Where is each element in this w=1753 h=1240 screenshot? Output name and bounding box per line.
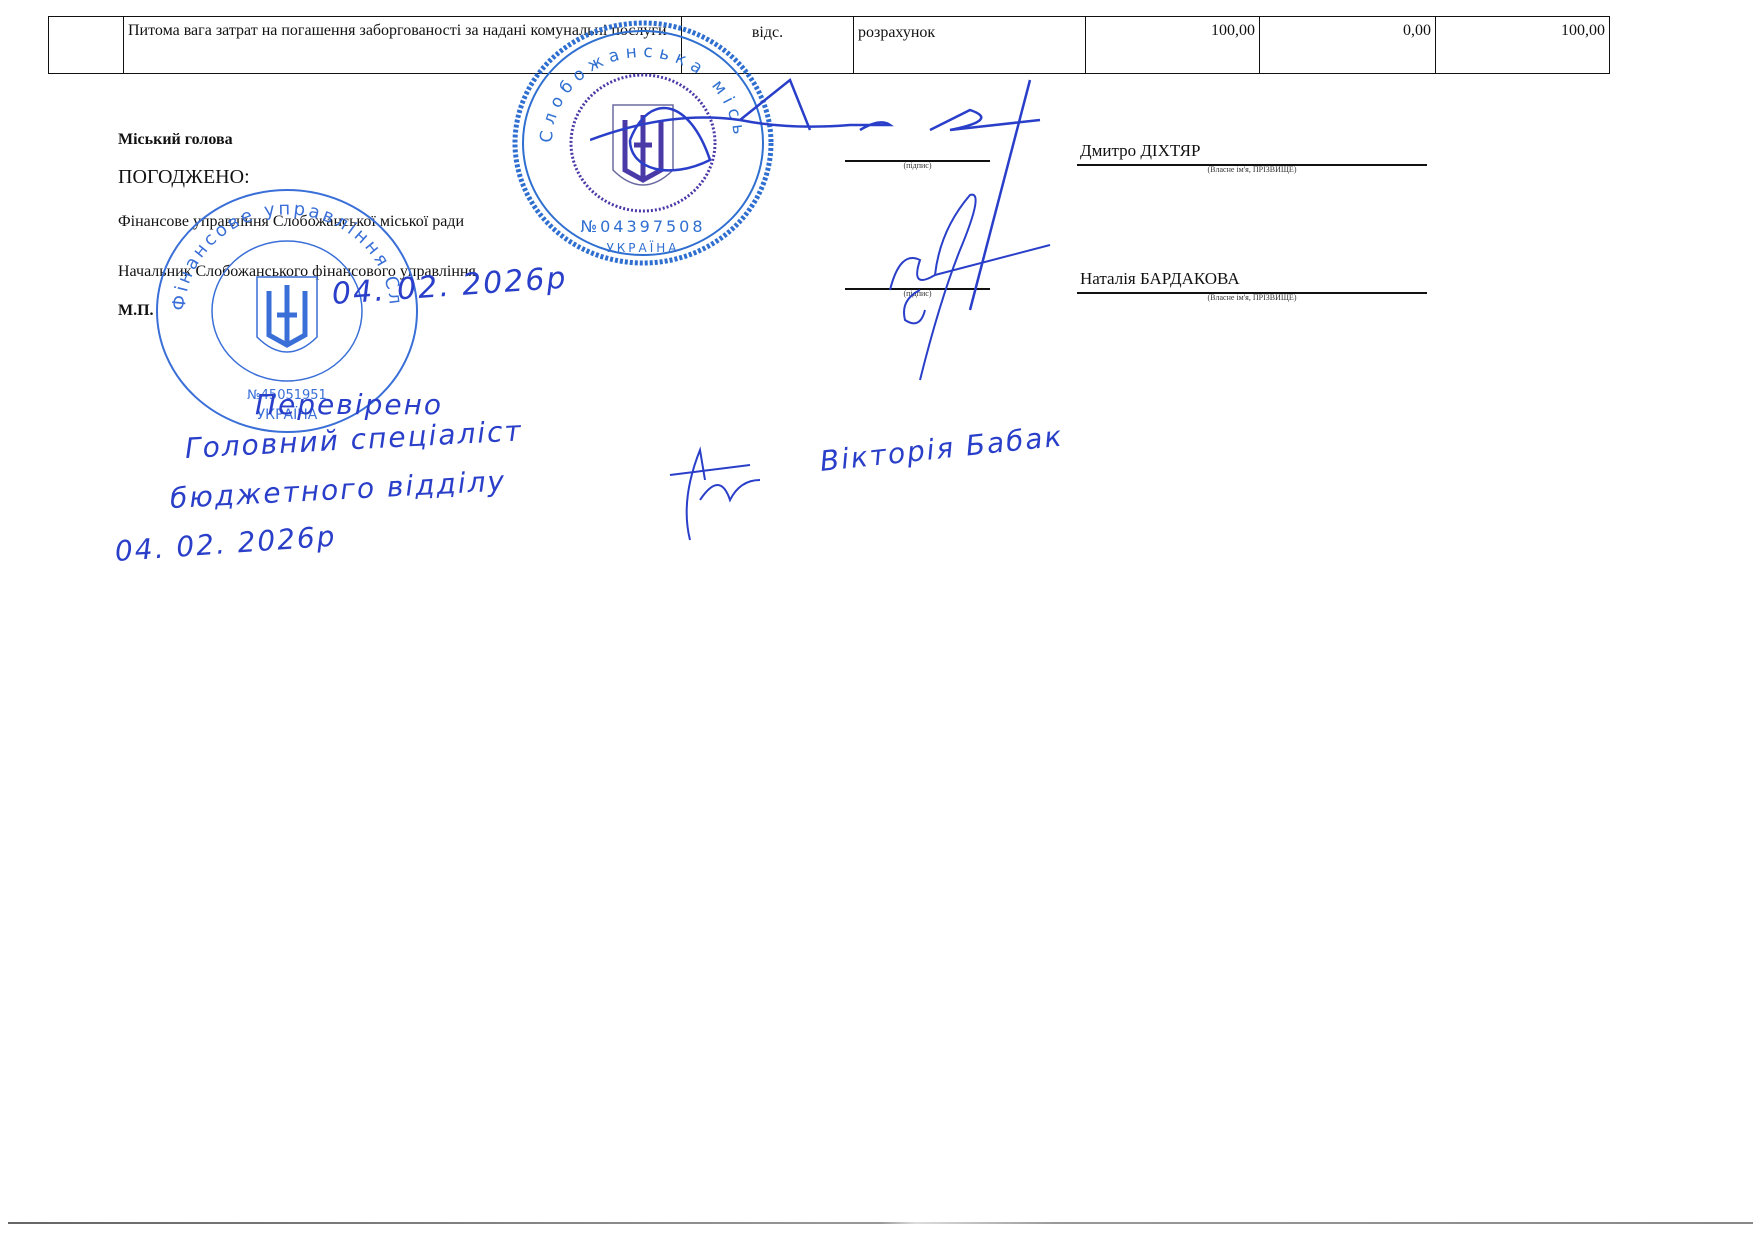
indicators-table: Питома вага затрат на погашення заборгов… bbox=[48, 16, 1610, 74]
mayor-title: Міський голова bbox=[118, 131, 233, 149]
seal-place-label: М.П. bbox=[118, 302, 154, 320]
handwritten-checked-date: 04. 02. 2026р bbox=[114, 520, 338, 568]
handwritten-position-line2: бюджетного відділу bbox=[169, 464, 507, 515]
value-3-cell: 100,00 bbox=[1436, 17, 1610, 74]
value-1-cell: 100,00 bbox=[1086, 17, 1260, 74]
mayor-name-caption: (Власне ім'я, ПРІЗВИЩЕ) bbox=[1077, 165, 1427, 174]
row-index-cell bbox=[49, 17, 124, 74]
agreed-label: ПОГОДЖЕНО: bbox=[118, 166, 250, 189]
finance-head-signature-icon bbox=[880, 190, 1060, 400]
value-2-cell: 0,00 bbox=[1260, 17, 1436, 74]
finance-head-name-caption: (Власне ім'я, ПРІЗВИЩЕ) bbox=[1077, 293, 1427, 302]
table-row: Питома вага затрат на погашення заборгов… bbox=[49, 17, 1610, 74]
handwritten-checked: Перевірено bbox=[255, 388, 443, 421]
page-bottom-edge bbox=[8, 1222, 1753, 1224]
source-cell: розрахунок bbox=[854, 17, 1086, 74]
handwritten-checker-name: Вікторія Бабак bbox=[818, 420, 1064, 478]
checker-signature-icon bbox=[660, 440, 780, 550]
